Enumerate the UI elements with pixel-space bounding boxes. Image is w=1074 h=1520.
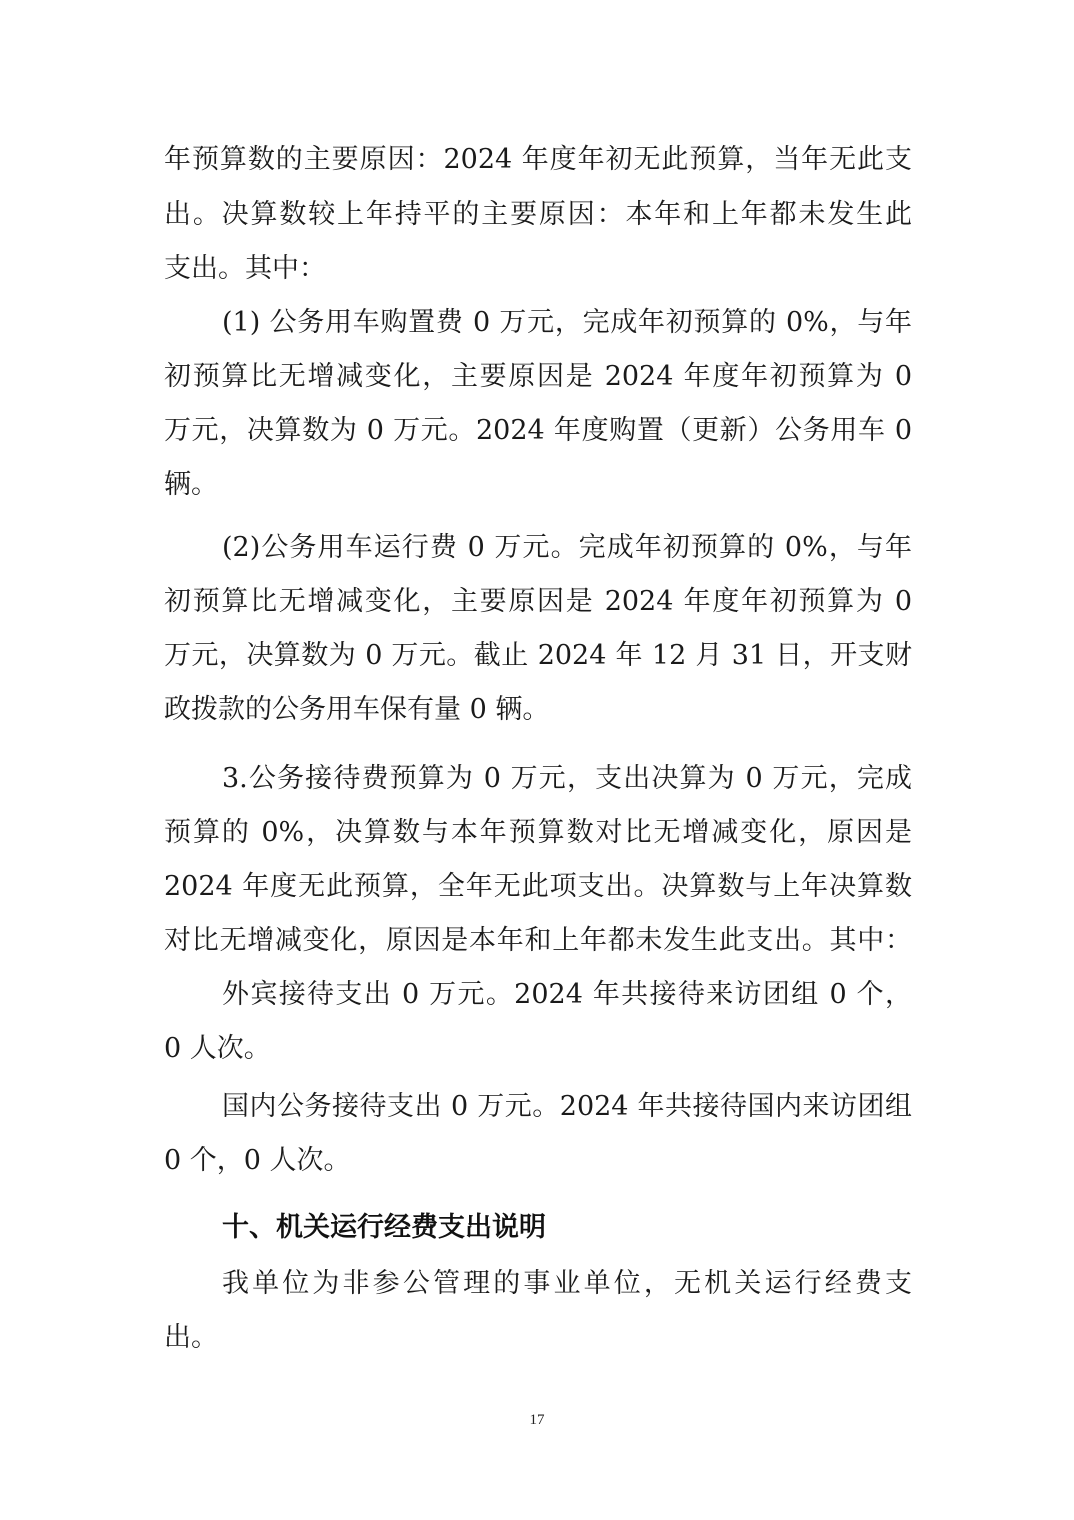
section-heading: 十、机关运行经费支出说明 [222, 1208, 546, 1248]
paragraph-line: 万元，决算数为 0 万元。2024 年度购置（更新）公务用车 0 [164, 411, 912, 451]
paragraph-line: 对比无增减变化，原因是本年和上年都未发生此支出。其中： [164, 921, 912, 961]
paragraph-line: 我单位为非参公管理的事业单位，无机关运行经费支 [222, 1264, 912, 1304]
document-page: 年预算数的主要原因：2024 年度年初无此预算，当年无此支 出。决算数较上年持平… [0, 0, 1074, 1520]
paragraph-line: 初预算比无增减变化，主要原因是 2024 年度年初预算为 0 [164, 582, 912, 622]
paragraph-line: 支出。其中： [164, 249, 912, 289]
paragraph-line: 0 人次。 [164, 1029, 912, 1069]
paragraph-line: 预算的 0%，决算数与本年预算数对比无增减变化，原因是 [164, 813, 912, 853]
paragraph-line: 初预算比无增减变化，主要原因是 2024 年度年初预算为 0 [164, 357, 912, 397]
paragraph-line: (2)公务用车运行费 0 万元。完成年初预算的 0%，与年 [222, 528, 912, 568]
paragraph-line: 出。决算数较上年持平的主要原因：本年和上年都未发生此 [164, 195, 912, 235]
paragraph-line: 出。 [164, 1318, 912, 1358]
paragraph-line: 外宾接待支出 0 万元。2024 年共接待来访团组 0 个， [222, 975, 912, 1015]
paragraph-line: 国内公务接待支出 0 万元。2024 年共接待国内来访团组 [222, 1087, 912, 1127]
paragraph-line: 年预算数的主要原因：2024 年度年初无此预算，当年无此支 [164, 140, 912, 180]
paragraph-line: 万元，决算数为 0 万元。截止 2024 年 12 月 31 日，开支财 [164, 636, 912, 676]
page-number: 17 [0, 1412, 1074, 1429]
paragraph-line: 3.公务接待费预算为 0 万元，支出决算为 0 万元，完成 [222, 759, 912, 799]
paragraph-line: 0 个，0 人次。 [164, 1141, 912, 1181]
paragraph-line: 辆。 [164, 465, 912, 505]
paragraph-line: (1) 公务用车购置费 0 万元，完成年初预算的 0%，与年 [222, 303, 912, 343]
paragraph-line: 2024 年度无此预算，全年无此项支出。决算数与上年决算数 [164, 867, 912, 907]
paragraph-line: 政拨款的公务用车保有量 0 辆。 [164, 690, 912, 730]
